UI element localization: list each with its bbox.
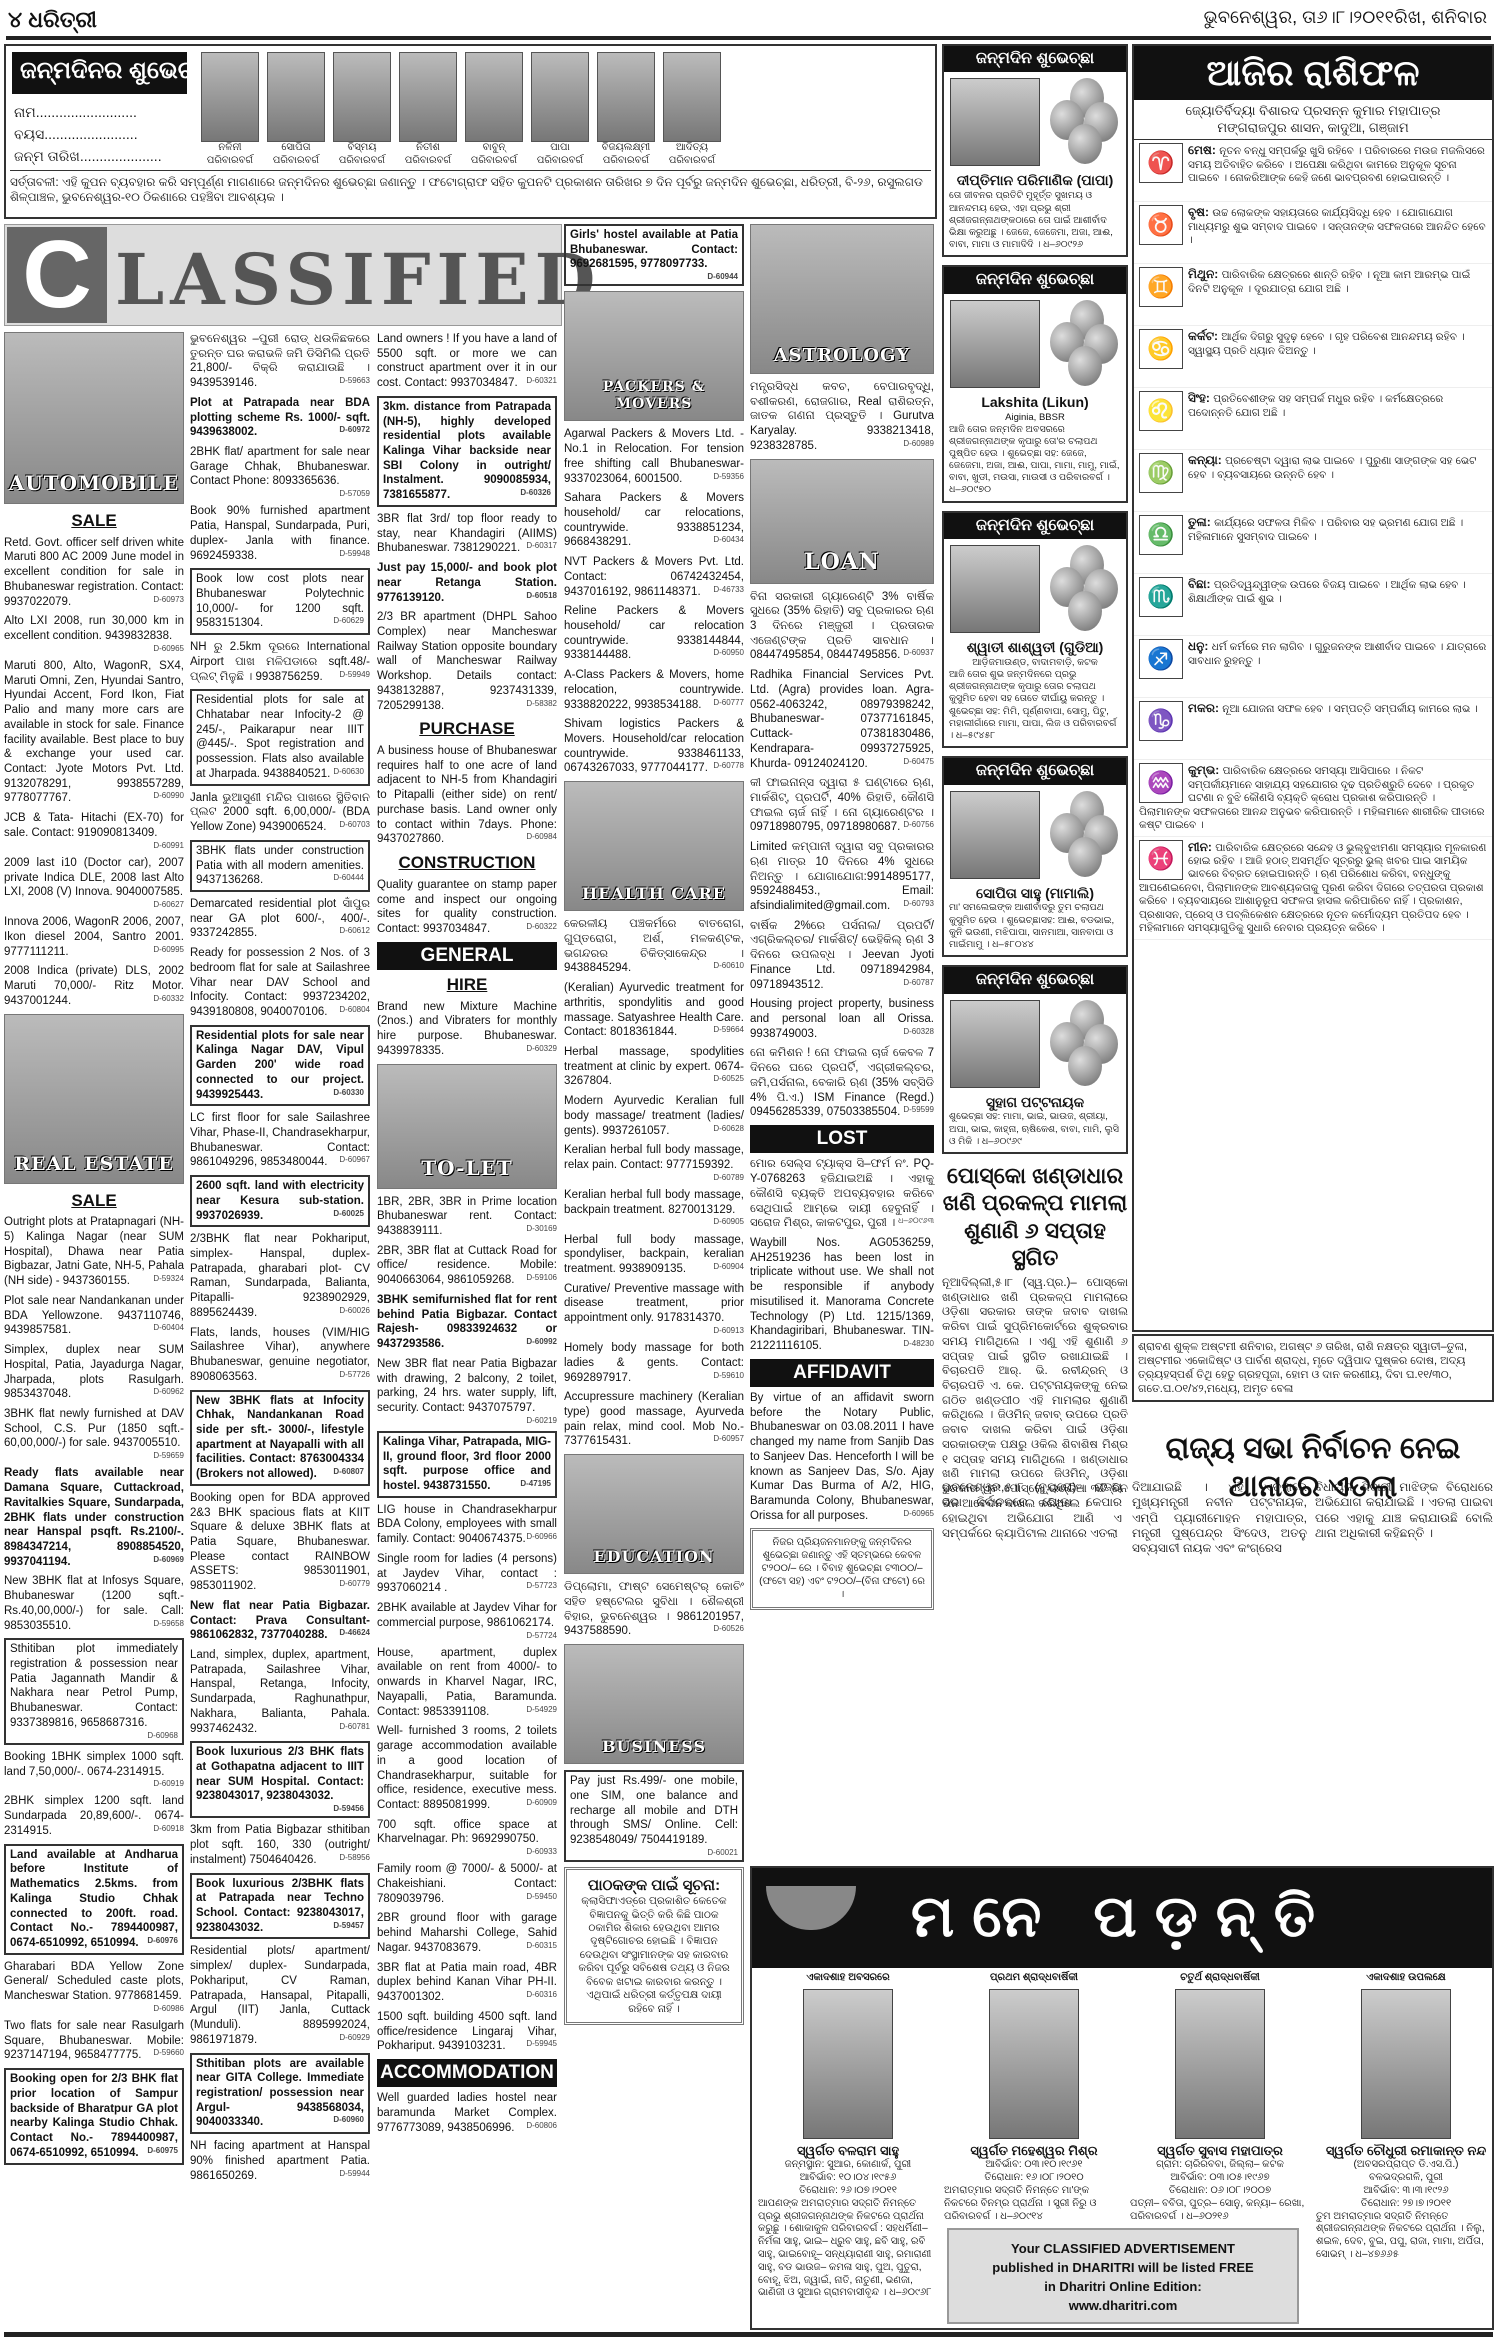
- free-line-3: in Dharitri Online Edition:: [949, 2278, 1297, 2297]
- classified-ad: Two flats for sale near Rasulgarh Square…: [4, 2019, 184, 2063]
- classified-ad: Outright plots at Pratapnagari (NH-5) Ka…: [4, 1215, 184, 1289]
- memorial-card: ଏକାଦଶାହ ଅବସରରେସ୍ୱର୍ଗତ ବଳରାମ ସାହୁଜନ୍ମସ୍ଥା…: [758, 1972, 938, 2300]
- ad-code: D-60610: [713, 961, 744, 971]
- zodiac-text: ପାରିବାରିକ କ୍ଷେତ୍ରରେ ଶାନ୍ତି ରହିବ । ନୂଆ କା…: [1188, 269, 1470, 294]
- ad-code: D-60317: [526, 541, 557, 551]
- ad-code: D-58956: [339, 1853, 370, 1863]
- classified-ad: New 3BHK flats at Infocity Chhak, Nandan…: [190, 1390, 370, 1486]
- classified-ad: 1500 sqft. building 4500 sqft. land offi…: [377, 2010, 557, 2054]
- classified-ad: Shivam logistics Packers & Movers. House…: [564, 717, 744, 776]
- packers-ads: Agarwal Packers & Movers Ltd. - No.1 in …: [564, 427, 744, 776]
- classified-ad: Curative/ Preventive massage with diseas…: [564, 1282, 744, 1336]
- horoscope-box: ଆଜିର ରାଶିଫଳ ଜ୍ୟୋତିର୍ବିଦ୍ୟା ବିଶାରଦ ପ୍ରସନ୍…: [1132, 44, 1494, 1332]
- ad-code: D-60995: [153, 945, 184, 955]
- astrology-banner: ASTROLOGY: [750, 224, 934, 374]
- obituary-title: ମନେ ପଡ଼ନ୍ତି: [911, 1884, 1333, 1949]
- obituary-box: ମନେ ପଡ଼ନ୍ତି ଏକାଦଶାହ ଅବସରରେସ୍ୱର୍ଗତ ବଳରାମ …: [750, 1866, 1494, 2330]
- zodiac-name: ମେଷ:: [1188, 143, 1219, 157]
- classified-ad: Pay just Rs.499/- one mobile, one SIM, o…: [564, 1770, 744, 1862]
- classified-ad: Waybill Nos. AG0536259, AH2519236 has be…: [750, 1236, 934, 1354]
- ad-code: D-46624: [339, 1628, 370, 1638]
- health-care-banner: HEALTH CARE: [564, 781, 744, 911]
- classified-ad: Ready for possession 2 Nos. of 3 bedroom…: [190, 946, 370, 1020]
- classified-ad: Sahara Packers & Movers household/ car r…: [564, 491, 744, 550]
- lamp-icon: [766, 1886, 856, 1930]
- classified-ad: କେରଳୀୟ ପଞ୍ଚକର୍ମରେ ବାତରୋଗ, ଗୁପ୍ତରୋଗ, ଅର୍ଶ…: [564, 917, 744, 976]
- classified-ad: 3km. distance from Patrapada (NH-5), hig…: [377, 396, 557, 507]
- wish-name: ଦୀପ୍ତିମାନ ପରିମାଣିକ (ପାପା): [944, 172, 1126, 190]
- ad-text: 2BHK available at Jaydev Vihar for comme…: [377, 1602, 557, 1629]
- classified-ad: NVT Packers & Movers Pvt. Ltd. Contact: …: [564, 555, 744, 599]
- child-photo: [399, 52, 457, 142]
- classified-ad: 2009 last i10 (Doctor car), 2007 private…: [4, 856, 184, 910]
- zodiac-icon: ♐: [1139, 639, 1183, 679]
- balloons-icon: [1050, 545, 1120, 633]
- reader-notice: ପାଠକଙ୍କ ପାଇଁ ସୂଚନା: କ୍ଲାସିଫାଏଡ୍‌ରେ ପ୍ରକା…: [564, 1867, 744, 2025]
- free-line-1: Your CLASSIFIED ADVERTISEMENT: [949, 2240, 1297, 2259]
- balloons-icon: [1050, 1000, 1120, 1088]
- packers-movers-banner: PACKERS & MOVERS: [564, 291, 744, 421]
- classified-ad: Kalinga Vihar, Patrapada, MIG-II, ground…: [377, 1431, 557, 1498]
- classified-ad: Residential plots/ apartment/ simplex/ d…: [190, 1944, 370, 2047]
- classified-ad: 2/3BHK flat near Pokhariput, simplex- Ha…: [190, 1232, 370, 1320]
- zodiac-icon: ♏: [1139, 577, 1183, 617]
- ad-code: D-60989: [903, 439, 934, 449]
- wishes-list: ଜନ୍ମଦିନ ଶୁଭେଚ୍ଛାଦୀପ୍ତିମାନ ପରିମାଣିକ (ପାପା…: [942, 44, 1128, 1154]
- child-name: ବିସ୍ମୟ: [333, 142, 391, 155]
- classified-ad: 3BHK flats under construction Patia with…: [190, 840, 370, 892]
- child-photo: [531, 52, 589, 142]
- astrologer-address: ମଙ୍ଗରାଜପୁର ଶାସନ, କାଦୁଆ, ଗଞ୍ଜାମ: [1134, 120, 1492, 137]
- zodiac-icon: ♓: [1139, 840, 1183, 880]
- classified-ad: 3BHK flat newly furnished at DAV School,…: [4, 1407, 184, 1461]
- column-finance: ASTROLOGY ମନ୍ତ୍ରସିଦ୍ଧ କବଚ, ବେପାରବୃଦ୍ଧି, …: [750, 224, 934, 1610]
- ad-code: D-60434: [713, 535, 744, 545]
- sale-heading-2: SALE: [4, 1190, 184, 1212]
- classified-ad: 2BR, 3BR flat at Cuttack Road for office…: [377, 1244, 557, 1288]
- memorial-detail: ଗ୍ରାମ: ଚାରିରବବା, ଜିଲ୍ଲା– କଟକ: [1130, 2159, 1310, 2172]
- ad-text: Book luxurious 2/3 BHK flats at Gothapat…: [196, 1746, 364, 1802]
- child-card: ସୋପିତାପରିବାରବର୍ଗ: [267, 52, 325, 168]
- ad-code: D-60967: [339, 1155, 370, 1165]
- ad-text: 700 sqft. office space at Kharvelnagar. …: [377, 1819, 557, 1846]
- classified-ad: Agarwal Packers & Movers Ltd. - No.1 in …: [564, 427, 744, 486]
- ad-code: D-60612: [339, 926, 370, 936]
- wish-name: ଶ୍ୱାତୀ ଶାଶ୍ୱତୀ (ଗୁଡିଆ): [944, 639, 1126, 657]
- ad-text: Booking 1BHK simplex 1000 sqft. land 7,5…: [4, 1751, 184, 1778]
- ad-text: Residential plots/ apartment/ simplex/ d…: [190, 1945, 370, 2045]
- notice-title: ପାଠକଙ୍କ ପାଇଁ ସୂଚନା:: [573, 1876, 735, 1895]
- zodiac-entry: ♒କୁମ୍ଭ: ପାରିବାରିକ କ୍ଷେତ୍ରରେ ସମସ୍ୟା ଆସିପା…: [1134, 760, 1492, 836]
- classified-ad: 2/3 BR apartment (DHPL Sahoo Complex) ne…: [377, 610, 557, 713]
- zodiac-name: ତୁଳା:: [1188, 515, 1214, 529]
- classified-ad: 2BHK flat/ apartment for sale near Garag…: [190, 445, 370, 499]
- column-wishes: ଜନ୍ମଦିନ ଶୁଭେଚ୍ଛାଦୀପ୍ତିମାନ ପରିମାଣିକ (ପାପା…: [942, 44, 1128, 1511]
- ad-code: D-54929: [526, 1705, 557, 1715]
- zodiac-text: ପ୍ରତିଦ୍ୱନ୍ଦ୍ୱୀଙ୍କ ଉପରେ ବିଜୟ ପାଇବେ । ଆର୍ଥ…: [1188, 579, 1466, 604]
- lost-bar: LOST: [750, 1125, 934, 1153]
- classified-ad: A business house of Bhubaneswar requires…: [377, 744, 557, 847]
- classified-ad: ଡିପ୍ଲୋମା, ଫାଷ୍ଟ ସେମେଷ୍ଟର୍ କୋଚିଂ ସହିତ ହଷ୍…: [564, 1580, 744, 1639]
- classified-ad: (Keralian) Ayurvedic treatment for arthr…: [564, 981, 744, 1040]
- ad-code: D-59457: [333, 1921, 364, 1931]
- zodiac-icon: ♎: [1139, 515, 1183, 555]
- zodiac-icon: ♈: [1139, 143, 1183, 183]
- balloons-icon: [1050, 78, 1120, 166]
- memorial-card: ପ୍ରଥମ ଶ୍ରାଦ୍ଧବାର୍ଷିକୀସ୍ୱର୍ଗତ ମହେଶ୍ୱର ମିଶ…: [944, 1972, 1124, 2223]
- footer-rule: [4, 2332, 1493, 2337]
- ad-code: D-60315: [526, 1941, 557, 1951]
- classified-ad: ନୋ କମିଶନ ! ନୋ ଫାଇଲ ଚାର୍ଜ କେବଳ 7 ଦିନରେ ଘର…: [750, 1046, 934, 1120]
- memorial-detail: ଆବିର୍ଭାବ: ୩।୩।୧୯୨୬: [1316, 2185, 1496, 2198]
- ad-code: D-60330: [333, 1088, 364, 1098]
- zodiac-list: ♈ମେଷ: ନୂତନ ବନ୍ଧୁ ସମ୍ପର୍କରୁ ଖୁସି ରହିବେ । …: [1134, 140, 1492, 939]
- memorial-text: ପତ୍ନୀ– ବବିତା, ପୁତ୍ର– ସୋନୁ, କନ୍ୟା– ରେଖା, …: [1130, 2198, 1310, 2224]
- classified-ad: 3BR flat at Patia main road, 4BR duplex …: [377, 1961, 557, 2005]
- classified-ad: New 3BHK flat at Infosys Square, Bhubane…: [4, 1574, 184, 1633]
- child-family: ପରିବାରବର୍ଗ: [597, 155, 655, 168]
- zodiac-entry: ♈ମେଷ: ନୂତନ ବନ୍ଧୁ ସମ୍ପର୍କରୁ ଖୁସି ରହିବେ । …: [1134, 140, 1492, 202]
- classified-ad: Well- furnished 3 rooms, 2 toilets garag…: [377, 1724, 557, 1812]
- to-let-banner: TO-LET: [377, 1064, 557, 1189]
- classified-ad: Residential plots for sale near Kalinga …: [190, 1025, 370, 1107]
- posco-body: ନୂଆଦିଲ୍ଲୀ,୫।୮ (ସ୍ୱ.ପ୍ର.)– ପୋସ୍କୋ ଖଣ୍ଡାଧା…: [942, 1276, 1128, 1512]
- child-photo: [465, 52, 523, 142]
- ad-code: D-59663: [339, 376, 370, 386]
- ad-code: D-60918: [153, 1824, 184, 1834]
- wish-text: ଆଜି ତୋର ଶୁଭ ଜନ୍ମଦିନରେ ପ୍ରଭୁ ଶ୍ରୀଜଗନ୍ନାଥଙ…: [944, 669, 1126, 742]
- wish-title: ଜନ୍ମଦିନ ଶୁଭେଚ୍ଛା: [944, 46, 1126, 72]
- classified-ad: Herbal full body massage, spondyliser, b…: [564, 1233, 744, 1277]
- dob-field: ଜନ୍ମ ତାରିଖ.....................: [14, 148, 162, 166]
- child-photo: [201, 52, 259, 142]
- ad-code: D-59599: [903, 1105, 934, 1115]
- ad-code: D-57724: [526, 1631, 557, 1641]
- classified-ad: Demarcated residential plot ସାଁପୁର near …: [190, 897, 370, 941]
- astrologer-name: ଜ୍ୟୋତିର୍ବିଦ୍ୟା ବିଶାରଦ ପ୍ରସନ୍ନ କୁମାର ମହାପ…: [1134, 103, 1492, 120]
- memorial-name: ସ୍ୱର୍ଗତ ବଳରାମ ସାହୁ: [758, 2143, 938, 2160]
- education-banner: EDUCATION: [564, 1454, 744, 1574]
- business-banner: BUSINESS: [564, 1644, 744, 1764]
- classified-ad: Plot sale near Nandankanan under BDA Yel…: [4, 1294, 184, 1338]
- classified-banner: C LASSIFIED: [4, 224, 562, 326]
- classified-ad: Flats, lands, houses (VIM/HIG Sailashree…: [190, 1326, 370, 1385]
- balloons-icon: [1050, 300, 1120, 388]
- ad-code: D-60629: [333, 616, 364, 626]
- classified-ad: Residential plots for sale at Chhatabar …: [190, 689, 370, 785]
- classified-ad: New flat near Patia Bigbazar. Contact: P…: [190, 1599, 370, 1643]
- ad-code: D-59658: [153, 1619, 184, 1629]
- ad-text: New 3BR flat near Patia Bigbazar with dr…: [377, 1358, 557, 1414]
- child-name: ପାପା: [531, 142, 589, 155]
- ad-text: Ready flats available near Damana Square…: [4, 1467, 184, 1567]
- child-photo: [333, 52, 391, 142]
- memorial-detail: ଆବିର୍ଭାବ: ୧୦।୦୪।୧୯୫୬: [758, 2172, 938, 2185]
- ad-code: D-59948: [339, 549, 370, 559]
- ad-code: D-60937: [903, 648, 934, 658]
- classified-word: LASSIFIED: [115, 235, 601, 325]
- ad-text: 3BHK flat newly furnished at DAV School,…: [4, 1408, 184, 1449]
- ad-code: D-60525: [713, 1074, 744, 1084]
- lost-ads: ମୋର ସେଲ୍ସ ଟ୍ୟାକ୍ସ ସି–ଫର୍ମ ନଂ. PQ-Y-07682…: [750, 1157, 934, 1353]
- free-listing-box: Your CLASSIFIED ADVERTISEMENT published …: [947, 2228, 1299, 2324]
- child-photo: [597, 52, 655, 142]
- classified-ad: Gharabari BDA Yellow Zone General/ Sched…: [4, 1960, 184, 2014]
- astrology-ads: ମନ୍ତ୍ରସିଦ୍ଧ କବଚ, ବେପାରବୃଦ୍ଧି, ବଶୀକରଣ, ରୋ…: [750, 380, 934, 454]
- astrologer-info: ଜ୍ୟୋତିର୍ବିଦ୍ୟା ବିଶାରଦ ପ୍ରସନ୍ନ କୁମାର ମହାପ…: [1134, 100, 1492, 140]
- classified-ad: Sthitiban plot immediately registration …: [4, 1638, 184, 1745]
- classified-ad: Ready flats available near Damana Square…: [4, 1466, 184, 1569]
- ad-code: D-60329: [526, 1044, 557, 1054]
- ad-code: D-59660: [153, 2048, 184, 2058]
- child-card: ବାବୁନ୍ପରିବାରବର୍ଗ: [465, 52, 523, 168]
- classified-ad: A-Class Packers & Movers, home relocatio…: [564, 668, 744, 712]
- classified-ad: NH facing apartment at Hanspal 90% finis…: [190, 2139, 370, 2183]
- wish-photo: [950, 791, 1040, 879]
- zodiac-text: ନୂତନ ବନ୍ଧୁ ସମ୍ପର୍କରୁ ଖୁସି ରହିବେ । ପରିବାର…: [1188, 145, 1485, 184]
- automobile-banner: AUTOMOBILE: [4, 332, 184, 504]
- ad-code: D-60789: [713, 1173, 744, 1183]
- ad-text: Keralian herbal full body massage, backp…: [564, 1189, 744, 1216]
- ad-code: D-60806: [526, 2121, 557, 2131]
- ad-code: D-60804: [339, 1005, 370, 1015]
- rate-box: ନିଜର ପ୍ରିୟଜନମାନଙ୍କୁ ଜନ୍ମଦିନର ଶୁଭେଚ୍ଛା ଜଣ…: [750, 1528, 934, 1610]
- classified-ad: 3BR flat 3rd/ top floor ready to stay, n…: [377, 512, 557, 556]
- classified-ad: ମନ୍ତ୍ରସିଦ୍ଧ କବଚ, ବେପାରବୃଦ୍ଧି, ବଶୀକରଣ, ରୋ…: [750, 380, 934, 454]
- ad-code: D-60475: [903, 757, 934, 767]
- business-ads: Pay just Rs.499/- one mobile, one SIM, o…: [564, 1770, 744, 1862]
- child-name: ଆଦିତ୍ୟ: [663, 142, 721, 155]
- classified-ad: Keralian herbal full body massage, relax…: [564, 1143, 744, 1183]
- hire-ads: Brand new Mixture Machine (2nos.) and Vi…: [377, 1000, 557, 1059]
- ad-code: D-60326: [520, 488, 551, 498]
- classified-ad: 3BHK semifurnished flat for rent behind …: [377, 1293, 557, 1352]
- child-name: ସୋପିତା: [267, 142, 325, 155]
- ad-code: D-60777: [713, 698, 744, 708]
- classified-ad: New 3BR flat near Patia Bigbazar with dr…: [377, 1357, 557, 1426]
- ad-code: D-60404: [153, 1323, 184, 1333]
- classified-ad: Alto LXI 2008, run 30,000 km in excellen…: [4, 614, 184, 654]
- wish-text: ଆଜି ତୋର ଜନ୍ମଦିନ ଅବସରରେ ଶ୍ରୀଜଗନ୍ନାଥଙ୍କ କୃ…: [944, 424, 1126, 497]
- ad-code: D-60965: [903, 1509, 934, 1519]
- memorial-detail: ତିରୋଧାନ: ୨୬।୦୭।୨୦୧୧: [758, 2185, 938, 2198]
- wish-photo: [950, 300, 1040, 388]
- ad-code: D-59456: [333, 1804, 364, 1814]
- classified-ad: 1BR, 2BR, 3BR in Prime location Bhubanes…: [377, 1195, 557, 1239]
- birthday-coupon: ଜନ୍ମଦିନର ଶୁଭେଚ୍ଛା ନାମ...................…: [4, 44, 937, 219]
- zodiac-text: ଆର୍ଥିକ ଦିଗରୁ ସୁଦୃଢ଼ ହେବେ । ଗୃହ ପରିବେଶ ଆନ…: [1188, 331, 1465, 356]
- classified-ad: କୀ ଫାଇନାନ୍ସ ଦ୍ୱାରା ୫ ଘଣ୍ଟାରେ ଋଣ, ମାର୍କଶି…: [750, 776, 934, 835]
- classified-ad: 3km from Patia Bigbazar sthitiban plot s…: [190, 1823, 370, 1867]
- zodiac-entry: ♓ମୀନ: ପାରିବାରିକ କ୍ଷେତ୍ରରେ ସନ୍ଦେହ ଓ ଭୁଲ୍‌…: [1134, 837, 1492, 940]
- memorial-card: ଏକାଦଶାହ ଉପଲକ୍ଷେସ୍ୱର୍ଗତ ଚୌଧୁରୀ ରମାକାନ୍ତ ନ…: [1316, 1972, 1496, 2262]
- classified-ad: 2BHK simplex 1200 sqft. land Sundarpada …: [4, 1794, 184, 1838]
- wish-title: ଜନ୍ମଦିନ ଶୁଭେଚ୍ଛା: [944, 967, 1126, 993]
- ad-code: D-57726: [339, 1370, 370, 1380]
- wish-title: ଜନ୍ମଦିନ ଶୁଭେଚ୍ଛା: [944, 758, 1126, 784]
- zodiac-entry: ♊ମିଥୁନ: ପାରିବାରିକ କ୍ଷେତ୍ରରେ ଶାନ୍ତି ରହିବ …: [1134, 264, 1492, 326]
- wish-title: ଜନ୍ମଦିନ ଶୁଭେଚ୍ଛା: [944, 267, 1126, 293]
- classified-ad: 700 sqft. office space at Kharvelnagar. …: [377, 1818, 557, 1858]
- ad-code: D-59356: [713, 472, 744, 482]
- zodiac-entry: ♌ସିଂହ: ପ୍ରତିବେଶୀଙ୍କ ସହ ସମ୍ପର୍କ ମଧୁର ରହିବ…: [1134, 388, 1492, 450]
- memorial-photo: [803, 1989, 893, 2139]
- classified-ad: Accupressure machinery (Keralian type) g…: [564, 1390, 744, 1449]
- ad-code: D-59450: [526, 1892, 557, 1902]
- classified-ad: Booking 1BHK simplex 1000 sqft. land 7,5…: [4, 1750, 184, 1790]
- ad-code: D-59106: [526, 1273, 557, 1283]
- child-card: ବିସ୍ମୟପରିବାରବର୍ଗ: [333, 52, 391, 168]
- classified-ad: ଭୁବନେଶ୍ୱର –ପୁରୀ ରୋଡ୍ ଧଉଳିଛକରେ ତୁରନ୍ତ ଘର …: [190, 332, 370, 391]
- auto-ads-list: Retd. Govt. officer self driven white Ma…: [4, 536, 184, 1009]
- memorial-photo: [989, 1989, 1079, 2139]
- ad-code: D-60950: [713, 648, 744, 658]
- zodiac-text: କାର୍ଯ୍ୟରେ ସଫଳତା ମିଳିବ । ପରିବାର ସହ ଭ୍ରମଣ …: [1188, 517, 1463, 542]
- ad-code: D-60972: [339, 425, 370, 435]
- name-field: ନାମ..........................: [14, 104, 137, 122]
- health-ads: କେରଳୀୟ ପଞ୍ଚକର୍ମରେ ବାତରୋଗ, ଗୁପ୍ତରୋଗ, ଅର୍ଶ…: [564, 917, 744, 1449]
- classified-ad: Maruti 800, Alto, WagonR, SX4, Maruti Om…: [4, 659, 184, 806]
- ad-code: D-60991: [153, 841, 184, 851]
- child-photo: [267, 52, 325, 142]
- hostel-ads: Girls' hostel available at Patia Bhubane…: [564, 224, 744, 286]
- ad-code: D-60957: [713, 1434, 744, 1444]
- zodiac-text: ପ୍ରତିବେଶୀଙ୍କ ସହ ସମ୍ପର୍କ ମଧୁର ରହିବ । କର୍ମ…: [1188, 393, 1443, 418]
- memorial-occasion: ପ୍ରଥମ ଶ୍ରାଦ୍ଧବାର୍ଷିକୀ: [944, 1972, 1124, 1985]
- age-field: ବୟସ........................: [14, 126, 138, 144]
- child-card: ପାପାପରିବାରବର୍ଗ: [531, 52, 589, 168]
- ad-code: D-60975: [147, 2146, 178, 2156]
- zodiac-name: ଧନୁ:: [1188, 639, 1212, 653]
- zodiac-text: ପାରିବାରିକ କ୍ଷେତ୍ରରେ ସନ୍ଦେହ ଓ ଭୁଲ୍‌ବୁଝାମଣ…: [1139, 842, 1486, 935]
- zodiac-icon: ♋: [1139, 329, 1183, 369]
- classified-ad: ମୋର ସେଲ୍ସ ଟ୍ୟାକ୍ସ ସି–ଫର୍ମ ନଂ. PQ-Y-07682…: [750, 1157, 934, 1231]
- column-services: Girls' hostel available at Patia Bhubane…: [564, 224, 744, 2025]
- classified-ad: 2BR ground floor with garage behind Maha…: [377, 1911, 557, 1955]
- child-card: ନିତୀଶପରିବାରବର୍ଗ: [399, 52, 457, 168]
- ad-code: D-58382: [526, 699, 557, 709]
- classified-ad: Booking open for 2/3 BHK flat prior loca…: [4, 2068, 184, 2164]
- child-family: ପରିବାରବର୍ଗ: [201, 155, 259, 168]
- ad-code: D-60929: [339, 2033, 370, 2043]
- classified-ad: Janla ଭୁଆସୁଣୀ ମନ୍ଦିର ପାଖରେ ସ୍ଥିତିବାନ ପ୍ଲ…: [190, 791, 370, 835]
- classified-ad: 2BHK available at Jaydev Vihar for comme…: [377, 1601, 557, 1641]
- ad-code: D-60990: [153, 791, 184, 801]
- memorial-photo: [1175, 1989, 1265, 2139]
- child-photo: [663, 52, 721, 142]
- ad-code: D-60779: [339, 1579, 370, 1589]
- ad-text: Keralian herbal full body massage, relax…: [564, 1144, 744, 1171]
- ad-code: D-60787: [903, 978, 934, 988]
- page-number: ୪ ଧରିତ୍ରୀ: [8, 6, 97, 34]
- memorial-photo: [1361, 1989, 1451, 2139]
- classified-ad: ବିନା ସରକାରୀ ଗ୍ୟାରେଣ୍ଟି 3% ବାର୍ଷିକ ସୁଧରେ …: [750, 590, 934, 664]
- zodiac-entry: ♏ବିଛା: ପ୍ରତିଦ୍ୱନ୍ଦ୍ୱୀଙ୍କ ଉପରେ ବିଜୟ ପାଇବେ…: [1134, 574, 1492, 636]
- classified-ad: Land, simplex, duplex, apartment, Patrap…: [190, 1648, 370, 1736]
- memorial-name: ସ୍ୱର୍ଗତ ସୁବାସ ମହାପାତ୍ର: [1130, 2143, 1310, 2160]
- ad-code: D-60966: [526, 1532, 557, 1542]
- property-ads-list-2: Land owners ! If you have a land of 5500…: [377, 332, 557, 713]
- classified-ad: JCB & Tata- Hitachi (EX-70) for sale. Co…: [4, 811, 184, 851]
- zodiac-text: ନୂଆ ଯୋଜନା ସଫଳ ହେବ । ସମ୍ପତ୍ତି ସମ୍ପର୍କୀୟ କ…: [1222, 703, 1478, 715]
- classified-ad: Land available at Andharua before Instit…: [4, 1844, 184, 1955]
- ad-code: D-59659: [153, 1451, 184, 1461]
- zodiac-text: ଧର୍ମ କର୍ମରେ ମନ ଲାଗିବ । ଗୁରୁଜନଙ୍କ ଆଶୀର୍ବା…: [1188, 641, 1486, 666]
- ad-code: D-60919: [153, 1779, 184, 1789]
- ad-code: D-59949: [339, 670, 370, 680]
- ad-code: D-60905: [713, 1217, 744, 1227]
- loan-ads: ବିନା ସରକାରୀ ଗ୍ୟାରେଣ୍ଟି 3% ବାର୍ଷିକ ସୁଧରେ …: [750, 590, 934, 1120]
- child-family: ପରିବାରବର୍ଗ: [333, 155, 391, 168]
- ad-text: Sthitiban plot immediately registration …: [10, 1643, 178, 1729]
- wish-name: Lakshita (Likun): [944, 394, 1126, 412]
- classified-ad: Herbal massage, spodylities treatment at…: [564, 1045, 744, 1089]
- classified-ad: 2600 sqft. land with electricity near Ke…: [190, 1175, 370, 1227]
- classified-ad: Modern Ayurvedic Keralian full body mass…: [564, 1094, 744, 1138]
- real-estate-banner: REAL ESTATE: [4, 1014, 184, 1184]
- ad-code: D-60328: [903, 1027, 934, 1037]
- child-name: ବାବୁନ୍: [465, 142, 523, 155]
- memorial-detail: ଜନ୍ମସ୍ଥାନ: ସୁଆର, କୋଣାର୍କ, ପୁରୀ: [758, 2159, 938, 2172]
- balloons-icon: [1050, 791, 1120, 879]
- election-col-3: ବିଧାୟକ ଶିବାଜୀ ମାଝିଙ୍କ ବିରୋଧରେ ଅଭିଯୋଗ କରା…: [1315, 1480, 1493, 1541]
- zodiac-name: ସିଂହ:: [1188, 391, 1213, 405]
- ad-code: D-60913: [713, 1326, 744, 1336]
- obituary-banner: ମନେ ପଡ଼ନ୍ତି: [752, 1868, 1492, 1968]
- child-family: ପରିବାରବର୍ଗ: [531, 155, 589, 168]
- ad-code: D-60518: [526, 591, 557, 601]
- classified-ad: Girls' hostel available at Patia Bhubane…: [564, 224, 744, 286]
- ad-code: D-60992: [526, 1337, 557, 1347]
- purchase-ads: A business house of Bhubaneswar requires…: [377, 744, 557, 847]
- construction-ads: Quality guarantee on stamp paper come an…: [377, 878, 557, 937]
- ad-code: D-60778: [713, 761, 744, 771]
- memorial-name: ସ୍ୱର୍ଗତ ଚୌଧୁରୀ ରମାକାନ୍ତ ନନ୍ଦ: [1316, 2143, 1496, 2160]
- classified-ad: Booking open for BDA approved 2&3 BHK sp…: [190, 1491, 370, 1594]
- wish-text: ମା' ସମଲେଇଙ୍କ ଆଶୀର୍ବାଦରୁ ତୁମ ଚଲାପଥ କୁସୁମି…: [944, 902, 1126, 951]
- child-name: ନିତୀଶ: [399, 142, 457, 155]
- ad-code: D-47195: [520, 1479, 551, 1489]
- classified-ad: By virtue of an affidavit sworn before t…: [750, 1391, 934, 1523]
- ad-code: D-60321: [526, 376, 557, 386]
- ad-code: D-30169: [526, 1224, 557, 1234]
- classified-ad: Limited କମ୍ପାନୀ ଦ୍ୱାରା ସବୁ ପ୍ରକାରର ଋଣ ମା…: [750, 840, 934, 914]
- notice-text: କ୍ଲାସିଫାଏଡ୍‌ରେ ପ୍ରକାଶିତ କେତେକ ବିଜ୍ଞାପନକୁ…: [573, 1895, 735, 2016]
- memorial-detail: ଆବିର୍ଭାବ: ୦୩।୦୫।୧୯୬୭: [1130, 2172, 1310, 2185]
- wish-photo: [950, 1000, 1040, 1088]
- classified-ad: Reline Packers & Movers household/ car r…: [564, 604, 744, 663]
- classified-ad: Family room @ 7000/- & 5000/- at Chakeis…: [377, 1862, 557, 1906]
- ad-text: Alto LXI 2008, run 30,000 km in excellen…: [4, 615, 184, 642]
- ad-code: D-60628: [713, 1124, 744, 1134]
- affidavit-bar: AFFIDAVIT: [750, 1359, 934, 1387]
- wish-photo: [950, 545, 1040, 633]
- ad-text: A business house of Bhubaneswar requires…: [377, 745, 557, 845]
- education-ads: ଡିପ୍ଲୋମା, ଫାଷ୍ଟ ସେମେଷ୍ଟର୍ କୋଚିଂ ସହିତ ହଷ୍…: [564, 1580, 744, 1639]
- classified-ad: Book luxurious 2/3BHK flats at Patrapada…: [190, 1873, 370, 1940]
- panjika-box: ଶ୍ରାବଣ ଶୁକ୍ଳ ଅଷ୍ଟମୀ ଶନିବାର, ଅଗଷ୍ଟ ୬ ତାରି…: [1132, 1334, 1494, 1402]
- column-property: ଭୁବନେଶ୍ୱର –ପୁରୀ ରୋଡ୍ ଧଉଳିଛକରେ ତୁରନ୍ତ ଘର …: [190, 332, 370, 2188]
- ad-code: D-59945: [526, 2039, 557, 2049]
- classified-ad: LIG house in Chandrasekharpur BDA Colony…: [377, 1503, 557, 1547]
- zodiac-icon: ♒: [1139, 763, 1183, 803]
- dharitri-website-link[interactable]: www.dharitri.com: [949, 2297, 1297, 2316]
- child-card: ଆଦିତ୍ୟପରିବାରବର୍ଗ: [663, 52, 721, 168]
- classified-ad: Well guarded ladies hostel near baramund…: [377, 2091, 557, 2135]
- zodiac-name: ବିଛା:: [1188, 577, 1214, 591]
- zodiac-text: ପ୍ରଚେଷ୍ଟା ଦ୍ୱାରା ଲାଭ ପାଇବେ । ପୁରୁଣା ସାଙ୍…: [1188, 455, 1476, 480]
- ad-code: D-60703: [339, 820, 370, 830]
